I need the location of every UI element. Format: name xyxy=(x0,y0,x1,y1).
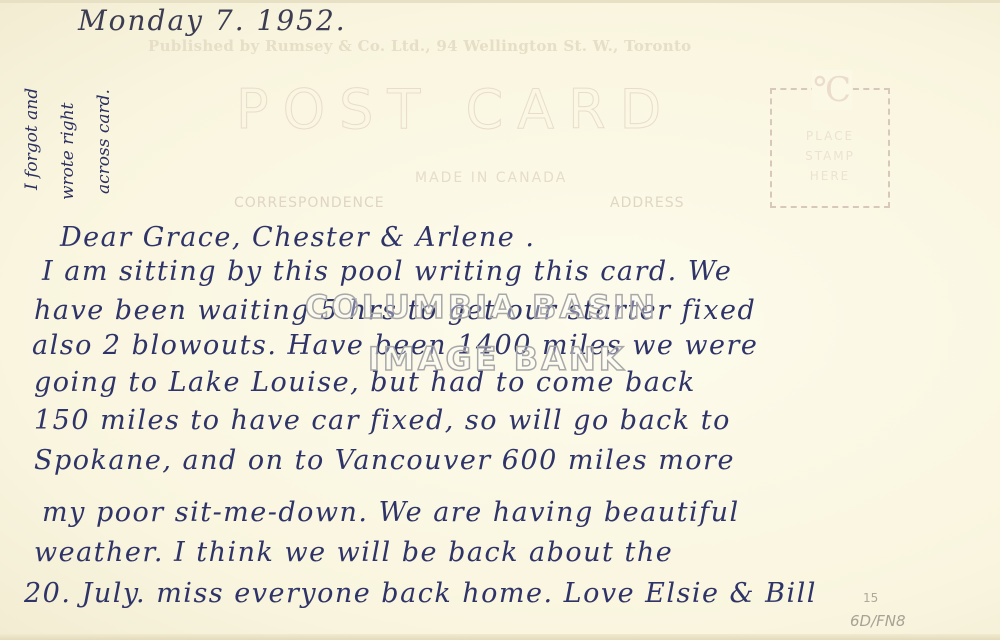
postcard-title: POST CARD xyxy=(236,78,675,141)
archive-number: 15 xyxy=(863,591,878,605)
stamp-text-line: HERE xyxy=(770,166,890,186)
publisher-imprint: Published by Rumsey & Co. Ltd., 94 Welli… xyxy=(148,37,691,55)
side-note-line: across card. xyxy=(94,89,114,194)
stamp-text-line: PLACE xyxy=(770,126,890,146)
side-note-line: I forgot and xyxy=(22,88,42,190)
stamp-instructions: PLACE STAMP HERE xyxy=(770,126,890,186)
message-line: 20. July. miss everyone back home. Love … xyxy=(24,578,817,609)
card-bottom-edge xyxy=(0,634,1000,640)
message-line: Dear Grace, Chester & Arlene . xyxy=(60,222,535,253)
side-note: I forgot and wrote right across card. xyxy=(10,0,130,200)
side-note-line: wrote right xyxy=(58,103,78,200)
message-line: Spokane, and on to Vancouver 600 miles m… xyxy=(34,445,735,476)
stamp-text-line: STAMP xyxy=(770,146,890,166)
made-in-label: MADE IN CANADA xyxy=(415,170,567,186)
watermark-line: IMAGE BANK xyxy=(368,340,627,378)
postcard-back: Published by Rumsey & Co. Ltd., 94 Welli… xyxy=(0,0,1000,640)
message-line: I am sitting by this pool writing this c… xyxy=(42,256,732,287)
ck-monogram-icon: ℃ xyxy=(812,70,852,110)
archive-code: 6D/FN8 xyxy=(850,612,906,630)
message-line: 150 miles to have car fixed, so will go … xyxy=(34,405,731,436)
card-top-edge xyxy=(0,0,1000,3)
watermark-line: COLUMBIA BASIN xyxy=(305,288,658,326)
address-label: ADDRESS xyxy=(610,195,684,211)
message-line: my poor sit-me-down. We are having beaut… xyxy=(42,497,740,528)
correspondence-label: CORRESPONDENCE xyxy=(234,195,385,211)
message-line: weather. I think we will be back about t… xyxy=(34,537,673,568)
